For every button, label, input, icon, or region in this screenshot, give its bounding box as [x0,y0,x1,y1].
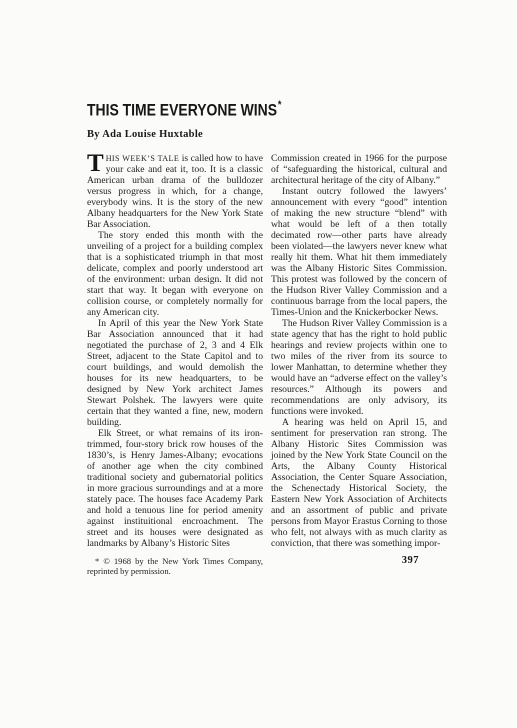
continuation-paragraph: Commission created in 1966 for the purpo… [271,153,447,186]
page-content: THIS TIME EVERYONE WINS* By Ada Louise H… [87,97,447,577]
dropcap: T [87,153,106,173]
paragraph: A hearing was held on April 15, and sent… [271,417,447,549]
page-number: 397 [271,555,447,566]
article-title: THIS TIME EVERYONE WINS* [87,97,382,120]
article-columns: THIS WEEK’S TALE is called how to have y… [87,153,447,577]
paragraph: Elk Street, or what remains of its iron-… [87,428,263,549]
right-column: Commission created in 1966 for the purpo… [271,153,447,577]
paragraph: In April of this year the New York State… [87,318,263,428]
paragraph: The Hudson River Valley Commission is a … [271,318,447,417]
article-title-text: THIS TIME EVERYONE WINS [87,101,277,120]
copyright-footnote: * © 1968 by the New York Times Company, … [87,556,263,577]
lead-text: is called how to have your cake and eat … [87,153,263,230]
paragraph: The story ended this month with the unve… [87,230,263,318]
left-column: THIS WEEK’S TALE is called how to have y… [87,153,263,577]
scanned-article-page: THIS TIME EVERYONE WINS* By Ada Louise H… [0,0,517,728]
lead-smallcaps: HIS WEEK’S TALE [106,154,180,163]
paragraph: Instant outcry followed the lawyers’ ann… [271,186,447,318]
lead-paragraph: THIS WEEK’S TALE is called how to have y… [87,153,263,230]
byline: By Ada Louise Huxtable [87,129,447,140]
title-footnote-marker: * [278,99,282,111]
